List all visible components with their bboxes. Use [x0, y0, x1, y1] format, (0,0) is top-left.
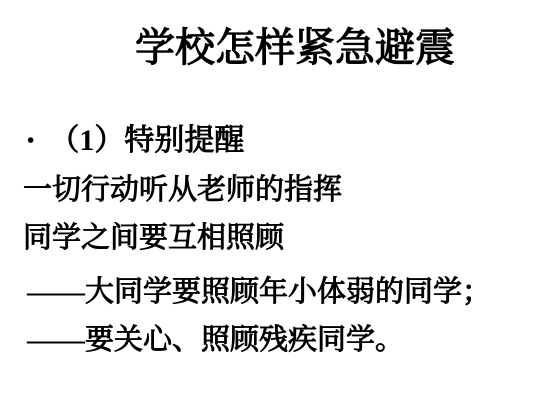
bullet-line-text: （1）特别提醒 — [49, 124, 244, 157]
bullet-icon: • — [27, 130, 34, 151]
slide-title: 学校怎样紧急避震 — [0, 24, 554, 72]
presentation-slide: 学校怎样紧急避震 • （1）特别提醒 一切行动听从老师的指挥 同学之间要互相照顾… — [0, 0, 554, 399]
body-line: ——要关心、照顾残疾同学。 — [27, 325, 404, 357]
body-line: ——大同学要照顾年小体弱的同学； — [27, 277, 491, 309]
body-line: 同学之间要互相照顾 — [23, 223, 284, 255]
bullet-line: • （1）特别提醒 — [27, 124, 244, 157]
body-line: 一切行动听从老师的指挥 — [23, 175, 342, 207]
